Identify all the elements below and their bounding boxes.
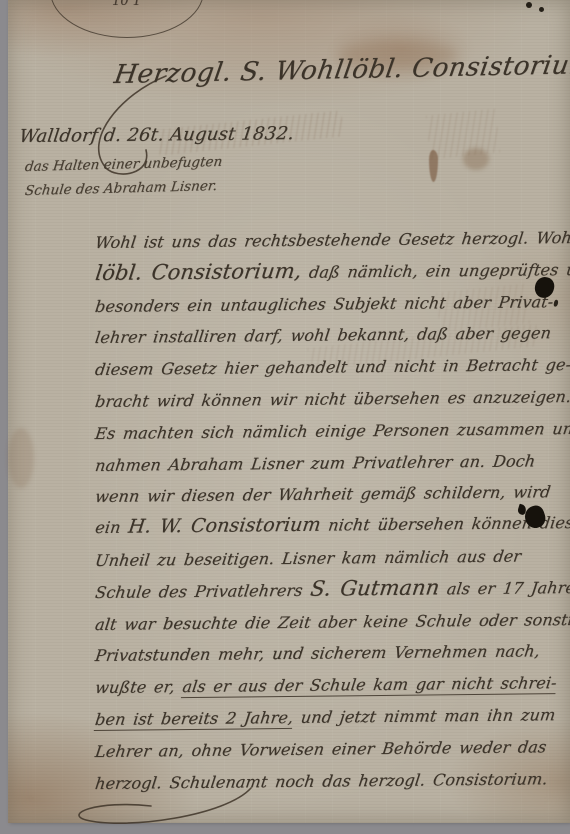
emphasized-word: H. W. Consistorium xyxy=(127,514,322,538)
manuscript-line: bracht wird können wir nicht übersehen e… xyxy=(94,387,570,411)
manuscript-line: Privatstunden mehr, und sicherem Vernehm… xyxy=(94,641,541,665)
manuscript-line: Unheil zu beseitigen. Lisner kam nämlich… xyxy=(94,547,522,570)
manuscript-line: Es machten sich nämlich einige Personen … xyxy=(94,419,570,443)
subject-line: Schule des Abraham Lisner. xyxy=(24,178,218,199)
manuscript-line: wußte er, als er aus der Schule kam gar … xyxy=(94,673,558,697)
manuscript-line: Lehrer an, ohne Vorweisen einer Behörde … xyxy=(94,737,548,761)
ink-dot xyxy=(539,7,544,12)
manuscript-line: ein H. W. Consistorium nicht übersehen k… xyxy=(94,511,570,538)
manuscript-line: Schule des Privatlehrers S. Gutmann als … xyxy=(94,574,570,603)
manuscript-line: alt war besuchte die Zeit aber keine Sch… xyxy=(94,610,570,634)
ink-smudge xyxy=(426,108,500,159)
manuscript-line: wenn wir diesen der Wahrheit gemäß schil… xyxy=(94,482,552,506)
manuscript-page: 10 1 Herzogl. S. Wohllöbl. Consistorium!… xyxy=(8,0,570,823)
scanned-document: 10 1 Herzogl. S. Wohllöbl. Consistorium!… xyxy=(0,0,570,834)
emphasized-word: löbl. Consistorium, xyxy=(94,259,303,285)
manuscript-line: diesem Gesetz hier gehandelt und nicht i… xyxy=(94,355,570,379)
underlined-text: ben ist bereits 2 Jahre, xyxy=(94,708,295,731)
archival-mark: 10 1 xyxy=(112,0,141,9)
document-heading: Herzogl. S. Wohllöbl. Consistorium! xyxy=(112,50,570,90)
manuscript-line: Wohl ist uns das rechtsbestehende Gesetz… xyxy=(94,228,570,252)
underlined-text: als er aus der Schule kam gar nicht schr… xyxy=(181,673,558,698)
date-line: Walldorf d. 26t. August 1832. xyxy=(18,123,295,147)
stain xyxy=(8,428,34,488)
manuscript-line: ben ist bereits 2 Jahre, und jetzt nimmt… xyxy=(94,705,557,729)
emphasized-name: S. Gutmann xyxy=(309,575,441,600)
signature-flourish xyxy=(56,782,286,830)
manuscript-line: löbl. Consistorium, daß nämlich, ein ung… xyxy=(94,256,570,285)
ink-dot xyxy=(526,2,532,8)
manuscript-line: nahmen Abraham Lisner zum Privatlehrer a… xyxy=(94,451,537,475)
